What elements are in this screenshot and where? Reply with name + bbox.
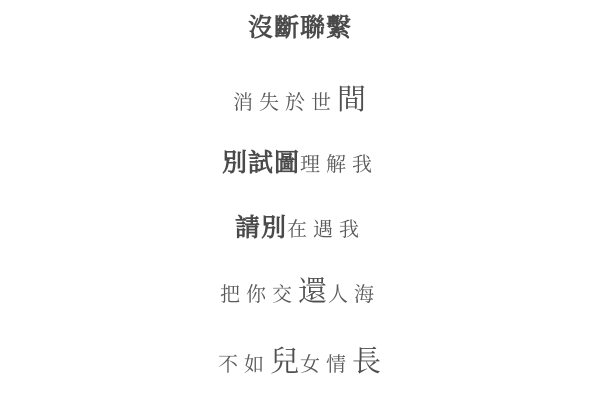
lyric-line-3: 別試圖理解我 bbox=[0, 146, 600, 184]
lyric-line-4: 請別在遇我 bbox=[0, 211, 600, 249]
lyric-line-2: 消失於世間 bbox=[0, 83, 600, 122]
lyric-segment: 請別 bbox=[235, 214, 287, 242]
lyric-segment: 理解我 bbox=[300, 152, 378, 176]
lyric-line-1: 沒斷聯繫 bbox=[0, 11, 600, 49]
lyric-segment: 間 bbox=[337, 84, 367, 116]
lyric-line-6: 不如兒女情長 bbox=[0, 345, 600, 384]
lyric-segment: 長 bbox=[352, 346, 382, 378]
lyric-segment: 還 bbox=[298, 276, 328, 308]
lyric-segment: 把你交 bbox=[220, 282, 298, 306]
lyric-segment: 女情 bbox=[300, 352, 352, 376]
lyric-segment: 兒 bbox=[270, 346, 300, 378]
lyric-segment: 消失於世 bbox=[233, 90, 337, 114]
lyrics-page: 沒斷聯繫 消失於世間 別試圖理解我 請別在遇我 把你交還人海 不如兒女情長 bbox=[0, 0, 600, 400]
lyric-segment: 別試圖 bbox=[222, 149, 300, 177]
lyric-segment: 人海 bbox=[328, 282, 380, 306]
lyric-segment: 在遇我 bbox=[287, 217, 365, 241]
lyric-line-5: 把你交還人海 bbox=[0, 275, 600, 314]
lyric-segment: 沒斷聯繫 bbox=[248, 14, 352, 42]
lyric-segment: 不如 bbox=[218, 352, 270, 376]
